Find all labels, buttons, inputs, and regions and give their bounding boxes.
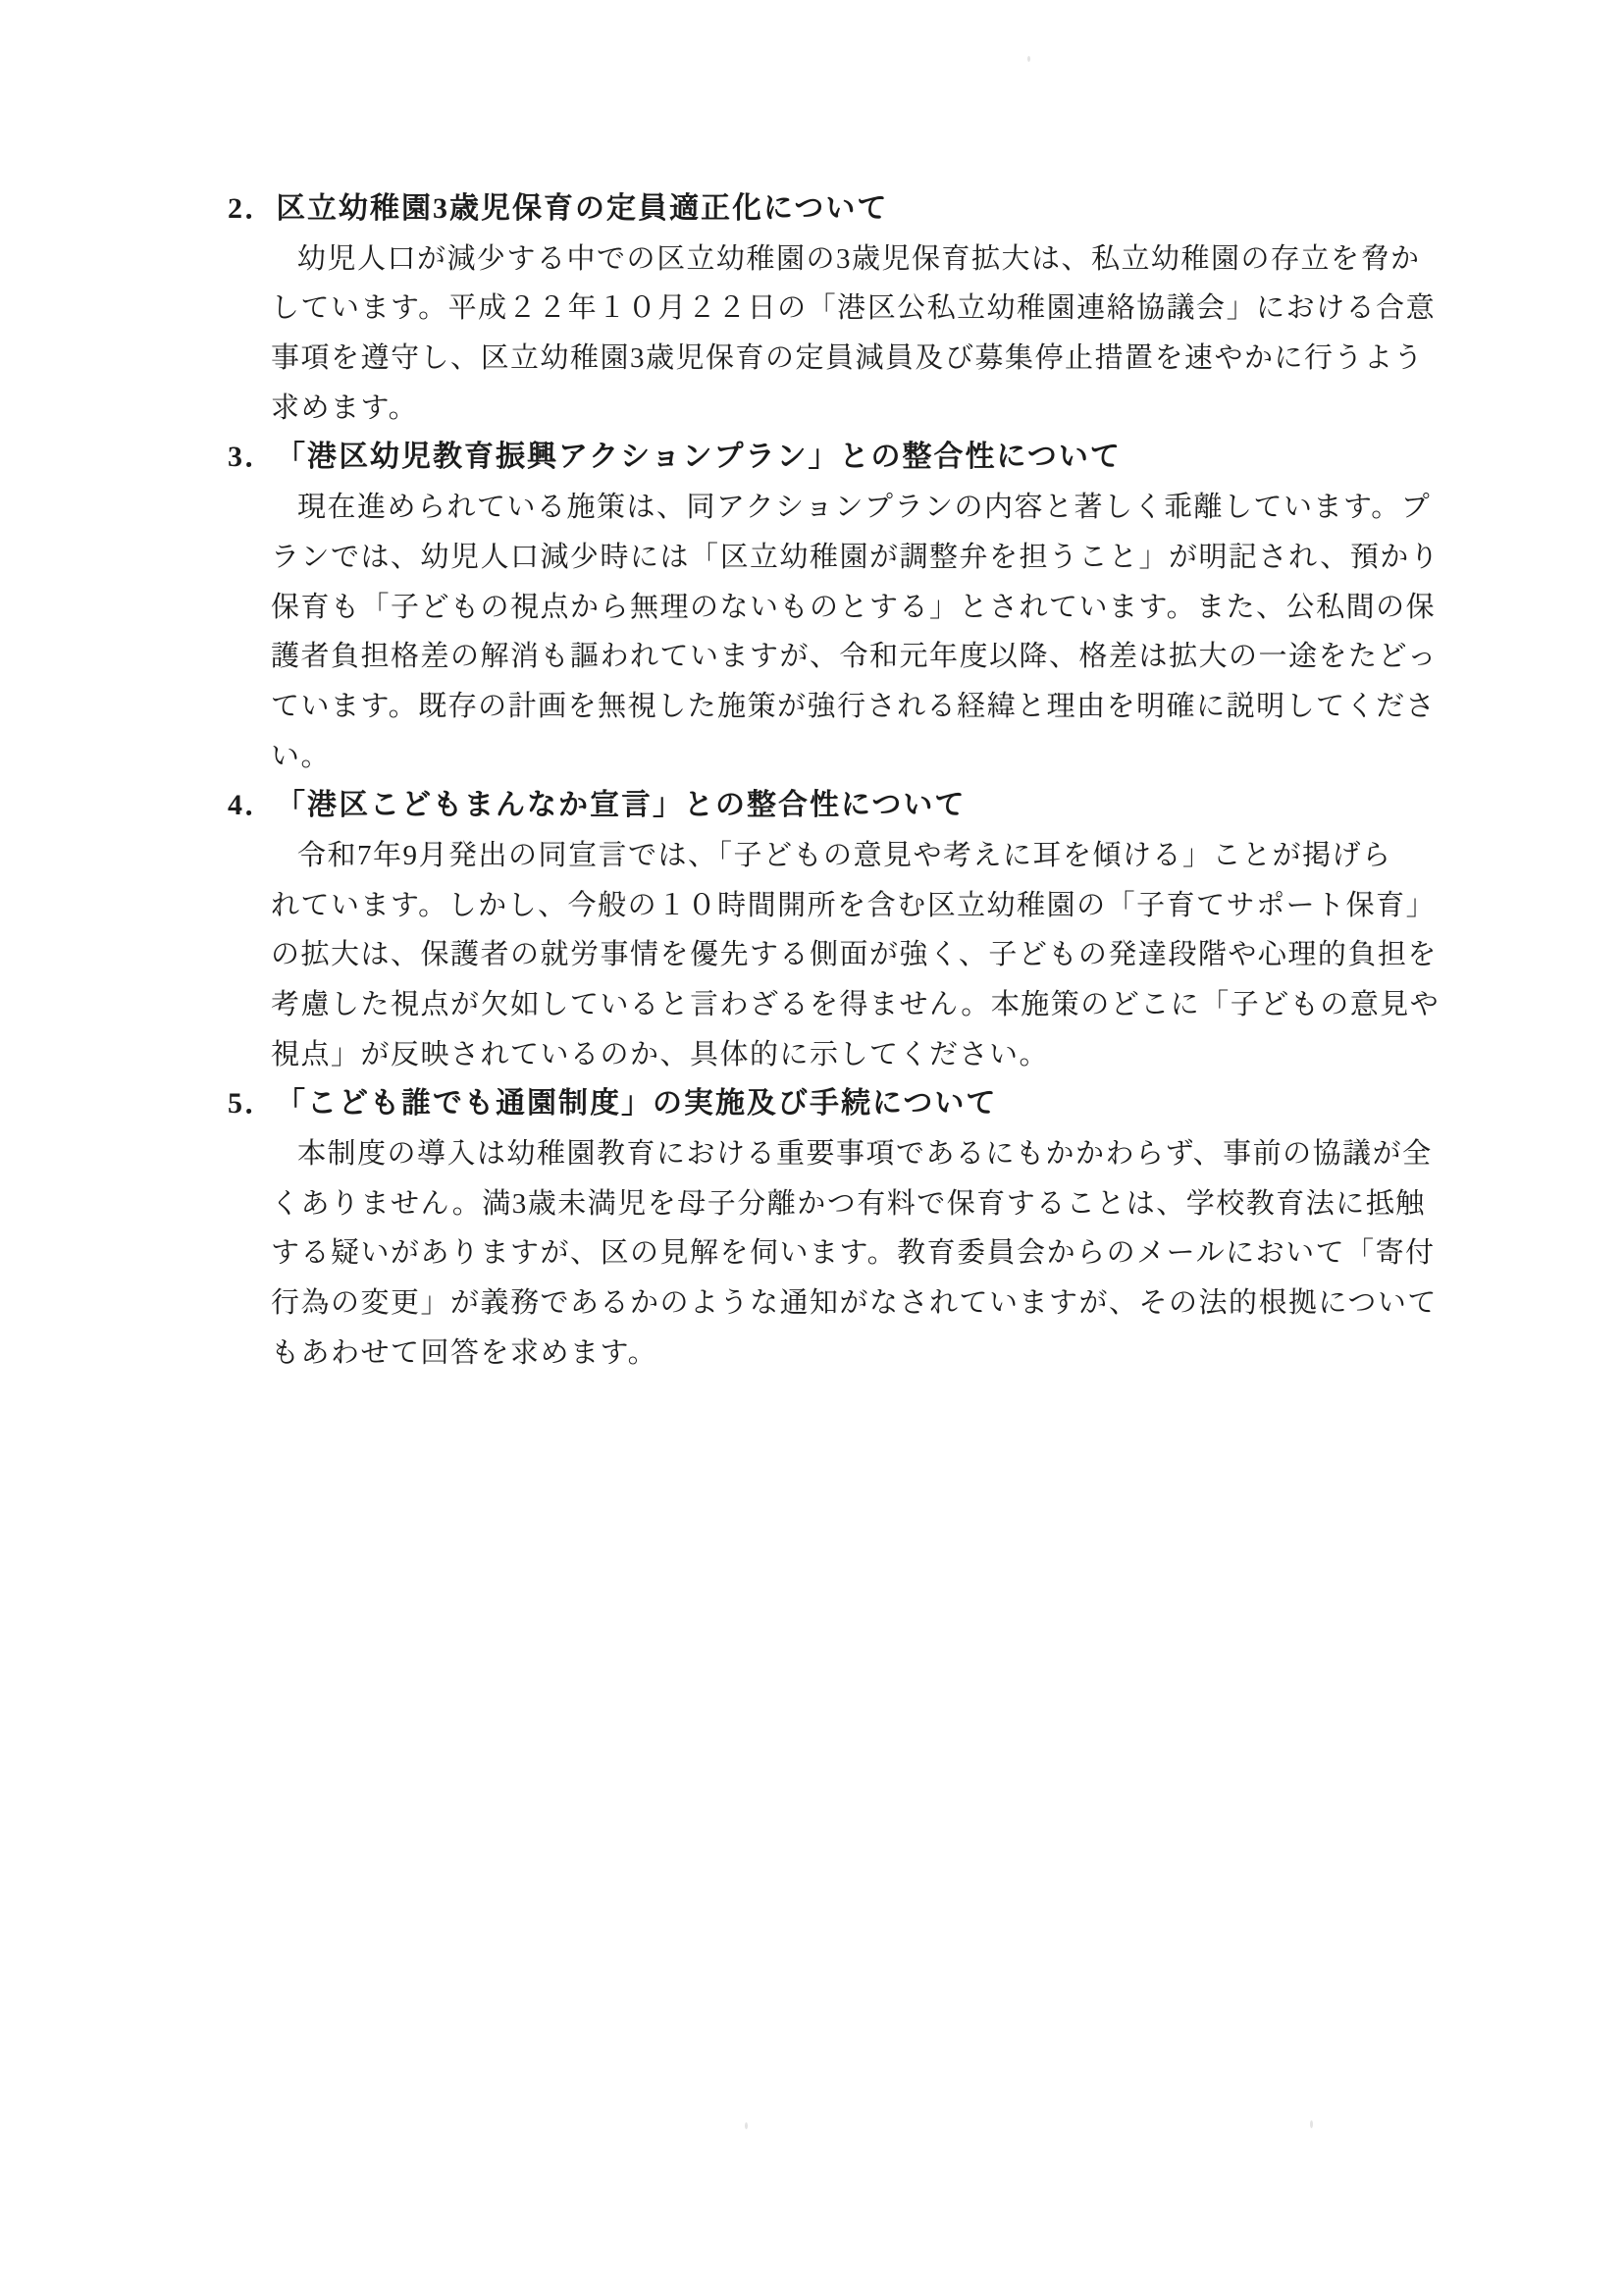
body-line: 本制度の導入は幼稚園教育における重要事項であるにもかかわらず、事前の協議が全 (297, 1129, 1395, 1179)
section-number: 3． (228, 433, 276, 483)
body-line: 考慮した視点が欠如していると言わざるを得ません。本施策のどこに「子どもの意見や (271, 980, 1395, 1030)
body-line: の拡大は、保護者の就労事情を優先する側面が強く、子どもの発達段階や心理的負担を (271, 930, 1395, 980)
section-3-heading: 3．「港区幼児教育振興アクションプラン」との整合性について (228, 433, 1395, 483)
section-4-heading: 4．「港区こどもまんなか宣言」との整合性について (228, 781, 1395, 831)
body-line: ランでは、幼児人口減少時には「区立幼稚園が調整弁を担うこと」が明記され、預かり (271, 533, 1395, 583)
scanned-document-page: 2．区立幼稚園3歳児保育の定員適正化について 幼児人口が減少する中での区立幼稚園… (0, 0, 1624, 2296)
section-title: 区立幼稚園3歳児保育の定員適正化について (276, 192, 888, 225)
section-number: 5． (228, 1079, 276, 1129)
body-line: 保育も「子どもの視点から無理のないものとする」とされています。また、公私間の保 (271, 583, 1395, 633)
body-line: 令和7年9月発出の同宣言では、「子どもの意見や考えに耳を傾ける」ことが掲げら (297, 831, 1395, 881)
scan-artifact (1027, 56, 1030, 62)
scan-artifact (745, 2122, 748, 2129)
section-title: 「こども誰でも通園制度」の実施及び手続について (276, 1087, 997, 1120)
scan-artifact (1310, 2120, 1313, 2128)
body-line: 護者負担格差の解消も謳われていますが、令和元年度以降、格差は拡大の一途をたどっ (271, 632, 1395, 682)
body-line: い。 (271, 732, 1395, 782)
body-line: 現在進められている施策は、同アクションプランの内容と著しく乖離しています。プ (297, 483, 1395, 533)
section-number: 4． (228, 781, 276, 831)
section-number: 2． (228, 184, 276, 235)
section-title: 「港区幼児教育振興アクションプラン」との整合性について (276, 441, 1122, 473)
body-line: しています。平成２２年１０月２２日の「港区公私立幼稚園連絡協議会」における合意 (271, 284, 1395, 334)
body-line: 視点」が反映されているのか、具体的に示してください。 (271, 1030, 1395, 1080)
body-line: もあわせて回答を求めます。 (271, 1329, 1395, 1379)
body-line: 行為の変更」が義務であるかのような通知がなされていますが、その法的根拠について (271, 1278, 1395, 1329)
body-line: 求めます。 (271, 384, 1395, 434)
body-line: 事項を遵守し、区立幼稚園3歳児保育の定員減員及び募集停止措置を速やかに行うよう (271, 334, 1395, 384)
body-line: ています。既存の計画を無視した施策が強行される経緯と理由を明確に説明してくださ (271, 682, 1395, 732)
document-body: 2．区立幼稚園3歳児保育の定員適正化について 幼児人口が減少する中での区立幼稚園… (228, 184, 1395, 1379)
body-line: くありません。満3歳未満児を母子分離かつ有料で保育することは、学校教育法に抵触 (271, 1179, 1395, 1229)
section-2-heading: 2．区立幼稚園3歳児保育の定員適正化について (228, 184, 1395, 235)
section-title: 「港区こどもまんなか宣言」との整合性について (276, 789, 966, 821)
body-line: 幼児人口が減少する中での区立幼稚園の3歳児保育拡大は、私立幼稚園の存立を脅か (297, 235, 1395, 285)
body-line: れています。しかし、今般の１０時間開所を含む区立幼稚園の「子育てサポート保育」 (271, 881, 1395, 931)
body-line: する疑いがありますが、区の見解を伺います。教育委員会からのメールにおいて「寄付 (271, 1228, 1395, 1278)
section-5-heading: 5．「こども誰でも通園制度」の実施及び手続について (228, 1079, 1395, 1129)
